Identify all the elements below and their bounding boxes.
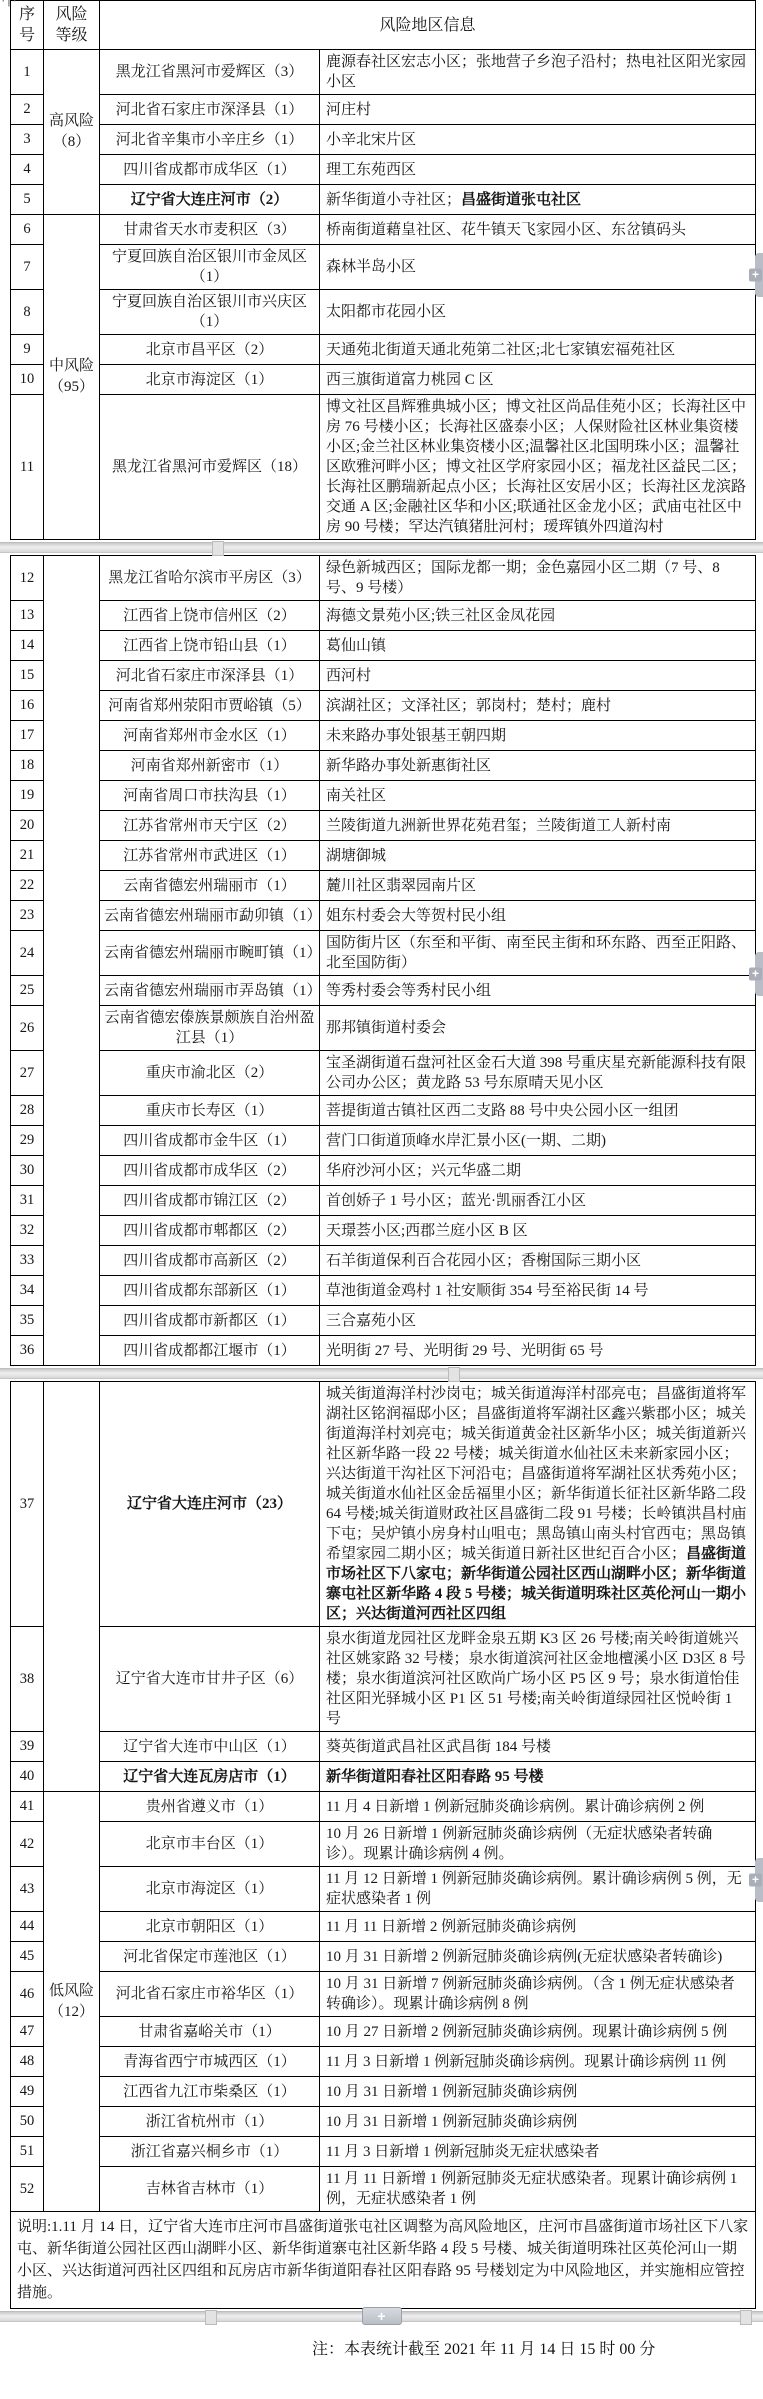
risk-info-cell: 11 月 4 日新增 1 例新冠肺炎确诊病例。累计确诊病例 2 例: [320, 1792, 756, 1822]
info-text-bold: 新华街道阳春社区阳春路 95 号楼: [326, 1769, 544, 1785]
table-row: 4四川省成都市成华区（1）理工东苑西区: [11, 155, 756, 185]
row-number-cell: 9: [11, 335, 44, 365]
table-row: 43北京市海淀区（1）11 月 12 日新增 1 例新冠肺炎确诊病例。累计确诊病…: [11, 1867, 756, 1912]
row-number-cell: 10: [11, 365, 44, 395]
page-break-band-bottom: +: [0, 2311, 763, 2322]
row-number-cell: 30: [11, 1156, 44, 1186]
info-text: 11 月 11 日新增 2 例新冠肺炎确诊病例: [326, 1919, 576, 1935]
info-text: 石羊街道保利百合花园小区；香榭国际三期小区: [326, 1253, 641, 1269]
info-text: 首创娇子 1 号小区；蓝光·凯丽香江小区: [326, 1193, 586, 1209]
info-text: 10 月 26 日新增 1 例新冠肺炎确诊病例（无症状感染者转确诊）。现累计确诊…: [326, 1826, 712, 1862]
region-name-cell: 宁夏回族自治区银川市金凤区（1）: [100, 245, 320, 290]
row-number-cell: 23: [11, 901, 44, 931]
region-name-cell: 宁夏回族自治区银川市兴庆区（1）: [100, 290, 320, 335]
region-name-cell: 云南省德宏州瑞丽市畹町镇（1）: [100, 931, 320, 976]
row-number-cell: 44: [11, 1912, 44, 1942]
clipped-text-artifact: 中: [1, 0, 21, 15]
risk-info-cell: 11 月 11 日新增 2 例新冠肺炎确诊病例: [320, 1912, 756, 1942]
risk-info-cell: 10 月 31 日新增 7 例新冠肺炎确诊病例。（含 1 例无症状感染者转确诊）…: [320, 1972, 756, 2017]
stitch-expand-button[interactable]: +: [362, 2307, 402, 2325]
region-name-cell: 云南省德宏州瑞丽市（1）: [100, 871, 320, 901]
row-number-cell: 1: [11, 50, 44, 95]
info-text: 滨湖社区；文泽社区；郭岗村；楚村；鹿村: [326, 698, 611, 714]
region-name-cell: 四川省成都市成华区（2）: [100, 1156, 320, 1186]
info-text: 10 月 31 日新增 7 例新冠肺炎确诊病例。（含 1 例无症状感染者转确诊）…: [326, 1976, 735, 2012]
risk-info-cell: 华府沙河小区；兴元华盛二期: [320, 1156, 756, 1186]
row-number-cell: 45: [11, 1942, 44, 1972]
region-name-cell: 云南省德宏傣族景颇族自治州盈江县（1）: [100, 1006, 320, 1051]
row-number-cell: 41: [11, 1792, 44, 1822]
risk-info-cell: 光明街 27 号、光明街 29 号、光明街 65 号: [320, 1336, 756, 1366]
info-text: 新华街道小寺社区；: [326, 192, 461, 208]
risk-info-cell: 未来路办事处银基王朝四期: [320, 721, 756, 751]
table-row: 18河南省郑州新密市（1）新华路办事处新惠街社区: [11, 751, 756, 781]
risk-info-cell: 11 月 3 日新增 1 例新冠肺炎无症状感染者: [320, 2137, 756, 2167]
info-text: 三合嘉苑小区: [326, 1313, 416, 1329]
row-number-cell: 51: [11, 2137, 44, 2167]
row-number-cell: 38: [11, 1627, 44, 1732]
risk-info-cell: 石羊街道保利百合花园小区；香榭国际三期小区: [320, 1246, 756, 1276]
table-row: 19河南省周口市扶沟县（1）南关社区: [11, 781, 756, 811]
risk-info-cell: 11 月 3 日新增 1 例新冠肺炎确诊病例。现累计确诊病例 11 例: [320, 2047, 756, 2077]
info-text: 10 月 31 日新增 1 例新冠肺炎确诊病例: [326, 2084, 577, 2100]
edge-stitch-tab[interactable]: +: [755, 253, 763, 297]
row-number-cell: 27: [11, 1051, 44, 1096]
table-row: 20江苏省常州市天宁区（2）兰陵街道九洲新世界花苑君玺；兰陵街道工人新村南: [11, 811, 756, 841]
table-row: 45河北省保定市莲池区（1）10 月 31 日新增 2 例新冠肺炎确诊病例(无症…: [11, 1942, 756, 1972]
row-number-cell: 19: [11, 781, 44, 811]
row-number-cell: 12: [11, 556, 44, 601]
statistics-cutoff-note: 注：本表统计截至 2021 年 11 月 14 日 15 时 00 分: [0, 2336, 763, 2359]
risk-info-cell: 西三旗街道富力桃园 C 区: [320, 365, 756, 395]
row-number-cell: 14: [11, 631, 44, 661]
row-number-cell: 43: [11, 1867, 44, 1912]
risk-level-cell: [44, 1382, 100, 1792]
table-row: 38辽宁省大连市甘井子区（6）泉水街道龙园社区龙畔金泉五期 K3 区 26 号楼…: [11, 1627, 756, 1732]
table-row: 36四川省成都都江堰市（1）光明街 27 号、光明街 29 号、光明街 65 号: [11, 1336, 756, 1366]
table-row: 30四川省成都市成华区（2）华府沙河小区；兴元华盛二期: [11, 1156, 756, 1186]
risk-info-cell: 草池街道金鸡村 1 社安顺街 354 号至裕民街 14 号: [320, 1276, 756, 1306]
table-row: 31四川省成都市锦江区（2）首创娇子 1 号小区；蓝光·凯丽香江小区: [11, 1186, 756, 1216]
info-text: 葵英街道武昌社区武昌街 184 号楼: [326, 1739, 551, 1755]
risk-info-cell: 10 月 31 日新增 2 例新冠肺炎确诊病例(无症状感染者转确诊): [320, 1942, 756, 1972]
row-number-cell: 50: [11, 2107, 44, 2137]
row-number-cell: 25: [11, 976, 44, 1006]
region-name-cell: 江西省上饶市信州区（2）: [100, 601, 320, 631]
region-name-cell: 云南省德宏州瑞丽市弄岛镇（1）: [100, 976, 320, 1006]
table-row: 1高风险 （8）黑龙江省黑河市爱辉区（3）鹿源春社区宏志小区；张地营子乡泡子沿村…: [11, 50, 756, 95]
risk-info-cell: 泉水街道龙园社区龙畔金泉五期 K3 区 26 号楼;南关岭街道姚兴社区姚家路 3…: [320, 1627, 756, 1732]
table-row: 35四川省成都市新都区（1）三合嘉苑小区: [11, 1306, 756, 1336]
region-name-cell: 浙江省杭州市（1）: [100, 2107, 320, 2137]
risk-info-cell: 南关社区: [320, 781, 756, 811]
info-text: 桥南街道藉皇社区、花牛镇天飞家园小区、东岔镇码头: [326, 222, 686, 238]
info-text: 葛仙山镇: [326, 638, 386, 654]
table-row: 21江苏省常州市武进区（1）湖塘御城: [11, 841, 756, 871]
region-name-cell: 北京市昌平区（2）: [100, 335, 320, 365]
band-handle: [740, 2310, 752, 2325]
row-number-cell: 26: [11, 1006, 44, 1051]
region-name-cell: 四川省成都市成华区（1）: [100, 155, 320, 185]
region-name-cell: 甘肃省嘉峪关市（1）: [100, 2017, 320, 2047]
region-name-cell: 辽宁省大连市甘井子区（6）: [100, 1627, 320, 1732]
row-number-cell: 34: [11, 1276, 44, 1306]
region-name-cell: 四川省成都东部新区（1）: [100, 1276, 320, 1306]
table-row: 11黑龙江省黑河市爱辉区（18）博文社区昌辉雅典城小区；博文社区尚品佳苑小区；长…: [11, 395, 756, 540]
risk-info-cell: 宝圣湖街道石盘河社区金石大道 398 号重庆星充新能源科技有限公司办公区；黄龙路…: [320, 1051, 756, 1096]
row-number-cell: 11: [11, 395, 44, 540]
region-name-cell: 甘肃省天水市麦积区（3）: [100, 215, 320, 245]
row-number-cell: 24: [11, 931, 44, 976]
info-text: 河庄村: [326, 102, 371, 118]
row-number-cell: 49: [11, 2077, 44, 2107]
region-name-cell: 浙江省嘉兴桐乡市（1）: [100, 2137, 320, 2167]
table-row: 13江西省上饶市信州区（2）海德文景苑小区;铁三社区金凤花园: [11, 601, 756, 631]
risk-info-cell: 小辛北宋片区: [320, 125, 756, 155]
region-name-cell: 北京市海淀区（1）: [100, 365, 320, 395]
edge-stitch-tab[interactable]: +: [755, 1858, 763, 1902]
table-row: 33四川省成都市高新区（2）石羊街道保利百合花园小区；香榭国际三期小区: [11, 1246, 756, 1276]
row-number-cell: 42: [11, 1822, 44, 1867]
table-row: 51浙江省嘉兴桐乡市（1）11 月 3 日新增 1 例新冠肺炎无症状感染者: [11, 2137, 756, 2167]
row-number-cell: 8: [11, 290, 44, 335]
table-row: 23云南省德宏州瑞丽市勐卯镇（1）姐东村委会大等贺村民小组: [11, 901, 756, 931]
risk-level-cell: 低风险 （12）: [44, 1792, 100, 2212]
region-name-cell: 北京市朝阳区（1）: [100, 1912, 320, 1942]
table-row: 25云南省德宏州瑞丽市弄岛镇（1）等秀村委会等秀村民小组: [11, 976, 756, 1006]
row-number-cell: 31: [11, 1186, 44, 1216]
row-number-cell: 39: [11, 1732, 44, 1762]
info-text: 湖塘御城: [326, 848, 386, 864]
row-number-cell: 16: [11, 691, 44, 721]
risk-info-cell: 河庄村: [320, 95, 756, 125]
row-number-cell: 32: [11, 1216, 44, 1246]
table-row: 6中风险 （95）甘肃省天水市麦积区（3）桥南街道藉皇社区、花牛镇天飞家园小区、…: [11, 215, 756, 245]
risk-info-cell: 葵英街道武昌社区武昌街 184 号楼: [320, 1732, 756, 1762]
table-segment-2: 12黑龙江省哈尔滨市平房区（3）绿色新城西区；国际龙都一期；金色嘉园小区二期（7…: [0, 555, 763, 1366]
info-text: 西河村: [326, 668, 371, 684]
region-name-cell: 江苏省常州市天宁区（2）: [100, 811, 320, 841]
risk-info-cell: 等秀村委会等秀村民小组: [320, 976, 756, 1006]
risk-info-cell: 新华街道小寺社区；昌盛街道张屯社区: [320, 185, 756, 215]
risk-level-cell: 中风险 （95）: [44, 215, 100, 540]
region-name-cell: 四川省成都市金牛区（1）: [100, 1126, 320, 1156]
row-number-cell: 33: [11, 1246, 44, 1276]
region-name-cell: 河南省郑州荥阳市贾峪镇（5）: [100, 691, 320, 721]
band-handle: [205, 2310, 217, 2325]
region-name-cell: 江苏省常州市武进区（1）: [100, 841, 320, 871]
region-name-cell: 云南省德宏州瑞丽市勐卯镇（1）: [100, 901, 320, 931]
row-number-cell: 13: [11, 601, 44, 631]
risk-info-cell: 营门口街道顶峰水岸汇景小区(一期、二期): [320, 1126, 756, 1156]
risk-info-cell: 11 月 11 日新增 1 例新冠肺炎无症状感染者。现累计确诊病例 1 例，无症…: [320, 2167, 756, 2212]
risk-info-cell: 10 月 26 日新增 1 例新冠肺炎确诊病例（无症状感染者转确诊）。现累计确诊…: [320, 1822, 756, 1867]
risk-info-cell: 鹿源春社区宏志小区；张地营子乡泡子沿村；热电社区阳光家园小区: [320, 50, 756, 95]
region-name-cell: 四川省成都市郫都区（2）: [100, 1216, 320, 1246]
info-text: 理工东苑西区: [326, 162, 416, 178]
info-text-bold: 昌盛街道张屯社区: [461, 192, 581, 208]
risk-info-cell: 葛仙山镇: [320, 631, 756, 661]
band-handle: [212, 541, 224, 556]
region-name-cell: 河北省辛集市小辛庄乡（1）: [100, 125, 320, 155]
table-row: 7宁夏回族自治区银川市金凤区（1）森林半岛小区: [11, 245, 756, 290]
risk-level-cell: [44, 556, 100, 1366]
region-name-cell: 辽宁省大连市中山区（1）: [100, 1732, 320, 1762]
row-number-cell: 40: [11, 1762, 44, 1792]
info-text: 华府沙河小区；兴元华盛二期: [326, 1163, 521, 1179]
row-number-cell: 47: [11, 2017, 44, 2047]
info-text: 11 月 12 日新增 1 例新冠肺炎确诊病例。累计确诊病例 5 例，无症状感染…: [326, 1871, 742, 1907]
info-text: 新华路办事处新惠街社区: [326, 758, 491, 774]
risk-info-cell: 西河村: [320, 661, 756, 691]
risk-info-cell: 桥南街道藉皇社区、花牛镇天飞家园小区、东岔镇码头: [320, 215, 756, 245]
table-row: 50浙江省杭州市（1）10 月 31 日新增 1 例新冠肺炎确诊病例: [11, 2107, 756, 2137]
row-number-cell: 15: [11, 661, 44, 691]
table-row: 46河北省石家庄市裕华区（1）10 月 31 日新增 7 例新冠肺炎确诊病例。（…: [11, 1972, 756, 2017]
info-text: 光明街 27 号、光明街 29 号、光明街 65 号: [326, 1343, 604, 1359]
risk-area-report-sheet: 中 序 号风险 等级风险地区信息1高风险 （8）黑龙江省黑河市爱辉区（3）鹿源春…: [0, 0, 763, 2399]
table-row: 44北京市朝阳区（1）11 月 11 日新增 2 例新冠肺炎确诊病例: [11, 1912, 756, 1942]
remark-cell: 说明:1.11 月 14 日，辽宁省大连市庄河市昌盛街道张屯社区调整为高风险地区…: [11, 2212, 756, 2309]
info-text: 等秀村委会等秀村民小组: [326, 983, 491, 999]
table-segment-3: 37辽宁省大连庄河市（23）城关街道海洋村沙岗屯；城关街道海洋村邵亮屯；昌盛街道…: [0, 1381, 763, 2309]
risk-info-cell: 博文社区昌辉雅典城小区；博文社区尚品佳苑小区；长海社区中房 76 号楼小区；长海…: [320, 395, 756, 540]
region-name-cell: 四川省成都市锦江区（2）: [100, 1186, 320, 1216]
header-col_info: 风险地区信息: [100, 1, 756, 50]
region-name-cell: 河南省郑州新密市（1）: [100, 751, 320, 781]
risk-info-cell: 滨湖社区；文泽社区；郭岗村；楚村；鹿村: [320, 691, 756, 721]
info-text: 国防街片区（东至和平街、南至民主街和环东路、西至正阳路、北至国防街）: [326, 935, 746, 971]
risk-info-cell: 海德文景苑小区;铁三社区金凤花园: [320, 601, 756, 631]
row-number-cell: 5: [11, 185, 44, 215]
risk-info-cell: 国防街片区（东至和平街、南至民主街和环东路、西至正阳路、北至国防街）: [320, 931, 756, 976]
risk-info-cell: 10 月 31 日新增 1 例新冠肺炎确诊病例: [320, 2107, 756, 2137]
table-row: 22云南省德宏州瑞丽市（1）麓川社区翡翠园南片区: [11, 871, 756, 901]
table-row: 14江西省上饶市铅山县（1）葛仙山镇: [11, 631, 756, 661]
region-name-cell: 北京市丰台区（1）: [100, 1822, 320, 1867]
edge-stitch-tab[interactable]: +: [755, 952, 763, 996]
region-name-cell: 四川省成都都江堰市（1）: [100, 1336, 320, 1366]
row-number-cell: 22: [11, 871, 44, 901]
info-text: 泉水街道龙园社区龙畔金泉五期 K3 区 26 号楼;南关岭街道姚兴社区姚家路 3…: [326, 1631, 746, 1727]
table-row: 48青海省西宁市城西区（1）11 月 3 日新增 1 例新冠肺炎确诊病例。现累计…: [11, 2047, 756, 2077]
region-name-cell: 河北省保定市莲池区（1）: [100, 1942, 320, 1972]
table-row: 32四川省成都市郫都区（2）天璟荟小区;西郡兰庭小区 B 区: [11, 1216, 756, 1246]
info-text: 10 月 31 日新增 1 例新冠肺炎确诊病例: [326, 2114, 577, 2130]
risk-info-cell: 那邦镇街道村委会: [320, 1006, 756, 1051]
table-row: 24云南省德宏州瑞丽市畹町镇（1）国防街片区（东至和平街、南至民主街和环东路、西…: [11, 931, 756, 976]
table-row: 40辽宁省大连瓦房店市（1）新华街道阳春社区阳春路 95 号楼: [11, 1762, 756, 1792]
info-text: 西三旗街道富力桃园 C 区: [326, 372, 494, 388]
table-row: 26云南省德宏傣族景颇族自治州盈江县（1）那邦镇街道村委会: [11, 1006, 756, 1051]
table-segment-1: 序 号风险 等级风险地区信息1高风险 （8）黑龙江省黑河市爱辉区（3）鹿源春社区…: [0, 0, 763, 540]
region-name-cell: 重庆市渝北区（2）: [100, 1051, 320, 1096]
table-row: 42北京市丰台区（1）10 月 26 日新增 1 例新冠肺炎确诊病例（无症状感染…: [11, 1822, 756, 1867]
page-break-band: [0, 1368, 763, 1379]
row-number-cell: 36: [11, 1336, 44, 1366]
risk-info-cell: 森林半岛小区: [320, 245, 756, 290]
region-name-cell: 四川省成都市新都区（1）: [100, 1306, 320, 1336]
info-text: 10 月 31 日新增 2 例新冠肺炎确诊病例(无症状感染者转确诊): [326, 1949, 722, 1965]
risk-info-cell: 麓川社区翡翠园南片区: [320, 871, 756, 901]
risk-info-cell: 姐东村委会大等贺村民小组: [320, 901, 756, 931]
info-text: 兰陵街道九洲新世界花苑君玺；兰陵街道工人新村南: [326, 818, 671, 834]
table-row: 41低风险 （12）贵州省遵义市（1）11 月 4 日新增 1 例新冠肺炎确诊病…: [11, 1792, 756, 1822]
risk-info-cell: 湖塘御城: [320, 841, 756, 871]
risk-level-cell: 高风险 （8）: [44, 50, 100, 215]
info-text: 海德文景苑小区;铁三社区金凤花园: [326, 608, 555, 624]
info-text: 11 月 3 日新增 1 例新冠肺炎无症状感染者: [326, 2144, 599, 2160]
info-text: 11 月 11 日新增 1 例新冠肺炎无症状感染者。现累计确诊病例 1 例，无症…: [326, 2171, 737, 2207]
risk-info-cell: 新华路办事处新惠街社区: [320, 751, 756, 781]
risk-info-cell: 兰陵街道九洲新世界花苑君玺；兰陵街道工人新村南: [320, 811, 756, 841]
info-text: 小辛北宋片区: [326, 132, 416, 148]
plus-icon: +: [749, 269, 762, 282]
table-row: 3河北省辛集市小辛庄乡（1）小辛北宋片区: [11, 125, 756, 155]
region-name-cell: 江西省九江市柴桑区（1）: [100, 2077, 320, 2107]
table-row: 47甘肃省嘉峪关市（1）10 月 27 日新增 2 例新冠肺炎确诊病例。现累计确…: [11, 2017, 756, 2047]
info-text: 宝圣湖街道石盘河社区金石大道 398 号重庆星充新能源科技有限公司办公区；黄龙路…: [326, 1055, 746, 1091]
region-name-cell: 河南省周口市扶沟县（1）: [100, 781, 320, 811]
row-number-cell: 3: [11, 125, 44, 155]
risk-table: 12黑龙江省哈尔滨市平房区（3）绿色新城西区；国际龙都一期；金色嘉园小区二期（7…: [10, 555, 756, 1366]
region-name-cell: 贵州省遵义市（1）: [100, 1792, 320, 1822]
region-name-cell: 四川省成都市高新区（2）: [100, 1246, 320, 1276]
plus-icon: +: [749, 1874, 762, 1887]
info-text: 菩提街道古镇社区西二支路 88 号中央公园小区一组团: [326, 1103, 679, 1119]
row-number-cell: 17: [11, 721, 44, 751]
risk-table: 37辽宁省大连庄河市（23）城关街道海洋村沙岗屯；城关街道海洋村邵亮屯；昌盛街道…: [10, 1381, 756, 2309]
region-name-cell: 河北省石家庄市裕华区（1）: [100, 1972, 320, 2017]
risk-table: 序 号风险 等级风险地区信息1高风险 （8）黑龙江省黑河市爱辉区（3）鹿源春社区…: [10, 0, 756, 540]
clipped-char: 中: [1, 0, 21, 9]
risk-info-cell: 太阳都市花园小区: [320, 290, 756, 335]
risk-info-cell: 10 月 27 日新增 2 例新冠肺炎确诊病例。现累计确诊病例 5 例: [320, 2017, 756, 2047]
table-row: 49江西省九江市柴桑区（1）10 月 31 日新增 1 例新冠肺炎确诊病例: [11, 2077, 756, 2107]
table-row: 29四川省成都市金牛区（1）营门口街道顶峰水岸汇景小区(一期、二期): [11, 1126, 756, 1156]
risk-info-cell: 天通苑北街道天通北苑第二社区;北七家镇宏福苑社区: [320, 335, 756, 365]
row-number-cell: 35: [11, 1306, 44, 1336]
header-row: 序 号风险 等级风险地区信息: [11, 1, 756, 50]
row-number-cell: 46: [11, 1972, 44, 2017]
info-text: 南关社区: [326, 788, 386, 804]
region-name-cell: 黑龙江省哈尔滨市平房区（3）: [100, 556, 320, 601]
row-number-cell: 52: [11, 2167, 44, 2212]
plus-icon: +: [749, 968, 762, 981]
table-row: 17河南省郑州市金水区（1）未来路办事处银基王朝四期: [11, 721, 756, 751]
row-number-cell: 6: [11, 215, 44, 245]
region-name-cell: 辽宁省大连庄河市（23）: [100, 1382, 320, 1627]
table-row: 8宁夏回族自治区银川市兴庆区（1）太阳都市花园小区: [11, 290, 756, 335]
info-text: 那邦镇街道村委会: [326, 1020, 446, 1036]
row-number-cell: 29: [11, 1126, 44, 1156]
info-text: 绿色新城西区；国际龙都一期；金色嘉园小区二期（7 号、8号、9 号楼）: [326, 560, 720, 596]
info-text: 11 月 4 日新增 1 例新冠肺炎确诊病例。累计确诊病例 2 例: [326, 1799, 704, 1815]
row-number-cell: 21: [11, 841, 44, 871]
risk-info-cell: 城关街道海洋村沙岗屯；城关街道海洋村邵亮屯；昌盛街道将军湖社区铭润福邸小区；昌盛…: [320, 1382, 756, 1627]
risk-info-cell: 首创娇子 1 号小区；蓝光·凯丽香江小区: [320, 1186, 756, 1216]
table-row: 28重庆市长寿区（1）菩提街道古镇社区西二支路 88 号中央公园小区一组团: [11, 1096, 756, 1126]
region-name-cell: 河南省郑州市金水区（1）: [100, 721, 320, 751]
risk-info-cell: 天璟荟小区;西郡兰庭小区 B 区: [320, 1216, 756, 1246]
header-col_level: 风险 等级: [44, 1, 100, 50]
table-row: 15河北省石家庄市深泽县（1）西河村: [11, 661, 756, 691]
region-name-cell: 辽宁省大连庄河市（2）: [100, 185, 320, 215]
info-text: 博文社区昌辉雅典城小区；博文社区尚品佳苑小区；长海社区中房 76 号楼小区；长海…: [326, 399, 746, 535]
region-name-cell: 河北省石家庄市深泽县（1）: [100, 661, 320, 691]
remark-row: 说明:1.11 月 14 日，辽宁省大连市庄河市昌盛街道张屯社区调整为高风险地区…: [11, 2212, 756, 2309]
table-row: 10北京市海淀区（1）西三旗街道富力桃园 C 区: [11, 365, 756, 395]
row-number-cell: 37: [11, 1382, 44, 1627]
row-number-cell: 48: [11, 2047, 44, 2077]
info-text: 营门口街道顶峰水岸汇景小区(一期、二期): [326, 1133, 606, 1149]
table-row: 16河南省郑州荥阳市贾峪镇（5）滨湖社区；文泽社区；郭岗村；楚村；鹿村: [11, 691, 756, 721]
info-text: 天璟荟小区;西郡兰庭小区 B 区: [326, 1223, 528, 1239]
info-text: 鹿源春社区宏志小区；张地营子乡泡子沿村；热电社区阳光家园小区: [326, 54, 746, 90]
table-row: 2河北省石家庄市深泽县（1）河庄村: [11, 95, 756, 125]
table-row: 34四川省成都东部新区（1）草池街道金鸡村 1 社安顺街 354 号至裕民街 1…: [11, 1276, 756, 1306]
row-number-cell: 28: [11, 1096, 44, 1126]
info-text: 未来路办事处银基王朝四期: [326, 728, 506, 744]
table-row: 52吉林省吉林市（1）11 月 11 日新增 1 例新冠肺炎无症状感染者。现累计…: [11, 2167, 756, 2212]
risk-info-cell: 11 月 12 日新增 1 例新冠肺炎确诊病例。累计确诊病例 5 例，无症状感染…: [320, 1867, 756, 1912]
region-name-cell: 北京市海淀区（1）: [100, 1867, 320, 1912]
row-number-cell: 20: [11, 811, 44, 841]
info-text: 姐东村委会大等贺村民小组: [326, 908, 506, 924]
risk-info-cell: 绿色新城西区；国际龙都一期；金色嘉园小区二期（7 号、8号、9 号楼）: [320, 556, 756, 601]
table-row: 37辽宁省大连庄河市（23）城关街道海洋村沙岗屯；城关街道海洋村邵亮屯；昌盛街道…: [11, 1382, 756, 1627]
info-text: 城关街道海洋村沙岗屯；城关街道海洋村邵亮屯；昌盛街道将军湖社区铭润福邸小区；昌盛…: [326, 1386, 746, 1562]
risk-info-cell: 理工东苑西区: [320, 155, 756, 185]
info-text: 森林半岛小区: [326, 259, 416, 275]
region-name-cell: 吉林省吉林市（1）: [100, 2167, 320, 2212]
table-row: 5辽宁省大连庄河市（2）新华街道小寺社区；昌盛街道张屯社区: [11, 185, 756, 215]
info-text: 草池街道金鸡村 1 社安顺街 354 号至裕民街 14 号: [326, 1283, 649, 1299]
table-row: 12黑龙江省哈尔滨市平房区（3）绿色新城西区；国际龙都一期；金色嘉园小区二期（7…: [11, 556, 756, 601]
row-number-cell: 18: [11, 751, 44, 781]
table-row: 39辽宁省大连市中山区（1）葵英街道武昌社区武昌街 184 号楼: [11, 1732, 756, 1762]
table-row: 9北京市昌平区（2）天通苑北街道天通北苑第二社区;北七家镇宏福苑社区: [11, 335, 756, 365]
info-text: 11 月 3 日新增 1 例新冠肺炎确诊病例。现累计确诊病例 11 例: [326, 2054, 726, 2070]
table-row: 27重庆市渝北区（2）宝圣湖街道石盘河社区金石大道 398 号重庆星充新能源科技…: [11, 1051, 756, 1096]
page-break-band: [0, 542, 763, 553]
info-text: 天通苑北街道天通北苑第二社区;北七家镇宏福苑社区: [326, 342, 675, 358]
region-name-cell: 河北省石家庄市深泽县（1）: [100, 95, 320, 125]
row-number-cell: 4: [11, 155, 44, 185]
risk-info-cell: 三合嘉苑小区: [320, 1306, 756, 1336]
region-name-cell: 黑龙江省黑河市爱辉区（3）: [100, 50, 320, 95]
row-number-cell: 2: [11, 95, 44, 125]
info-text: 麓川社区翡翠园南片区: [326, 878, 476, 894]
region-name-cell: 辽宁省大连瓦房店市（1）: [100, 1762, 320, 1792]
band-handle: [448, 1367, 460, 1382]
info-text: 太阳都市花园小区: [326, 304, 446, 320]
row-number-cell: 7: [11, 245, 44, 290]
region-name-cell: 重庆市长寿区（1）: [100, 1096, 320, 1126]
region-name-cell: 黑龙江省黑河市爱辉区（18）: [100, 395, 320, 540]
risk-info-cell: 新华街道阳春社区阳春路 95 号楼: [320, 1762, 756, 1792]
region-name-cell: 青海省西宁市城西区（1）: [100, 2047, 320, 2077]
region-name-cell: 江西省上饶市铅山县（1）: [100, 631, 320, 661]
risk-info-cell: 10 月 31 日新增 1 例新冠肺炎确诊病例: [320, 2077, 756, 2107]
info-text: 10 月 27 日新增 2 例新冠肺炎确诊病例。现累计确诊病例 5 例: [326, 2024, 727, 2040]
risk-info-cell: 菩提街道古镇社区西二支路 88 号中央公园小区一组团: [320, 1096, 756, 1126]
